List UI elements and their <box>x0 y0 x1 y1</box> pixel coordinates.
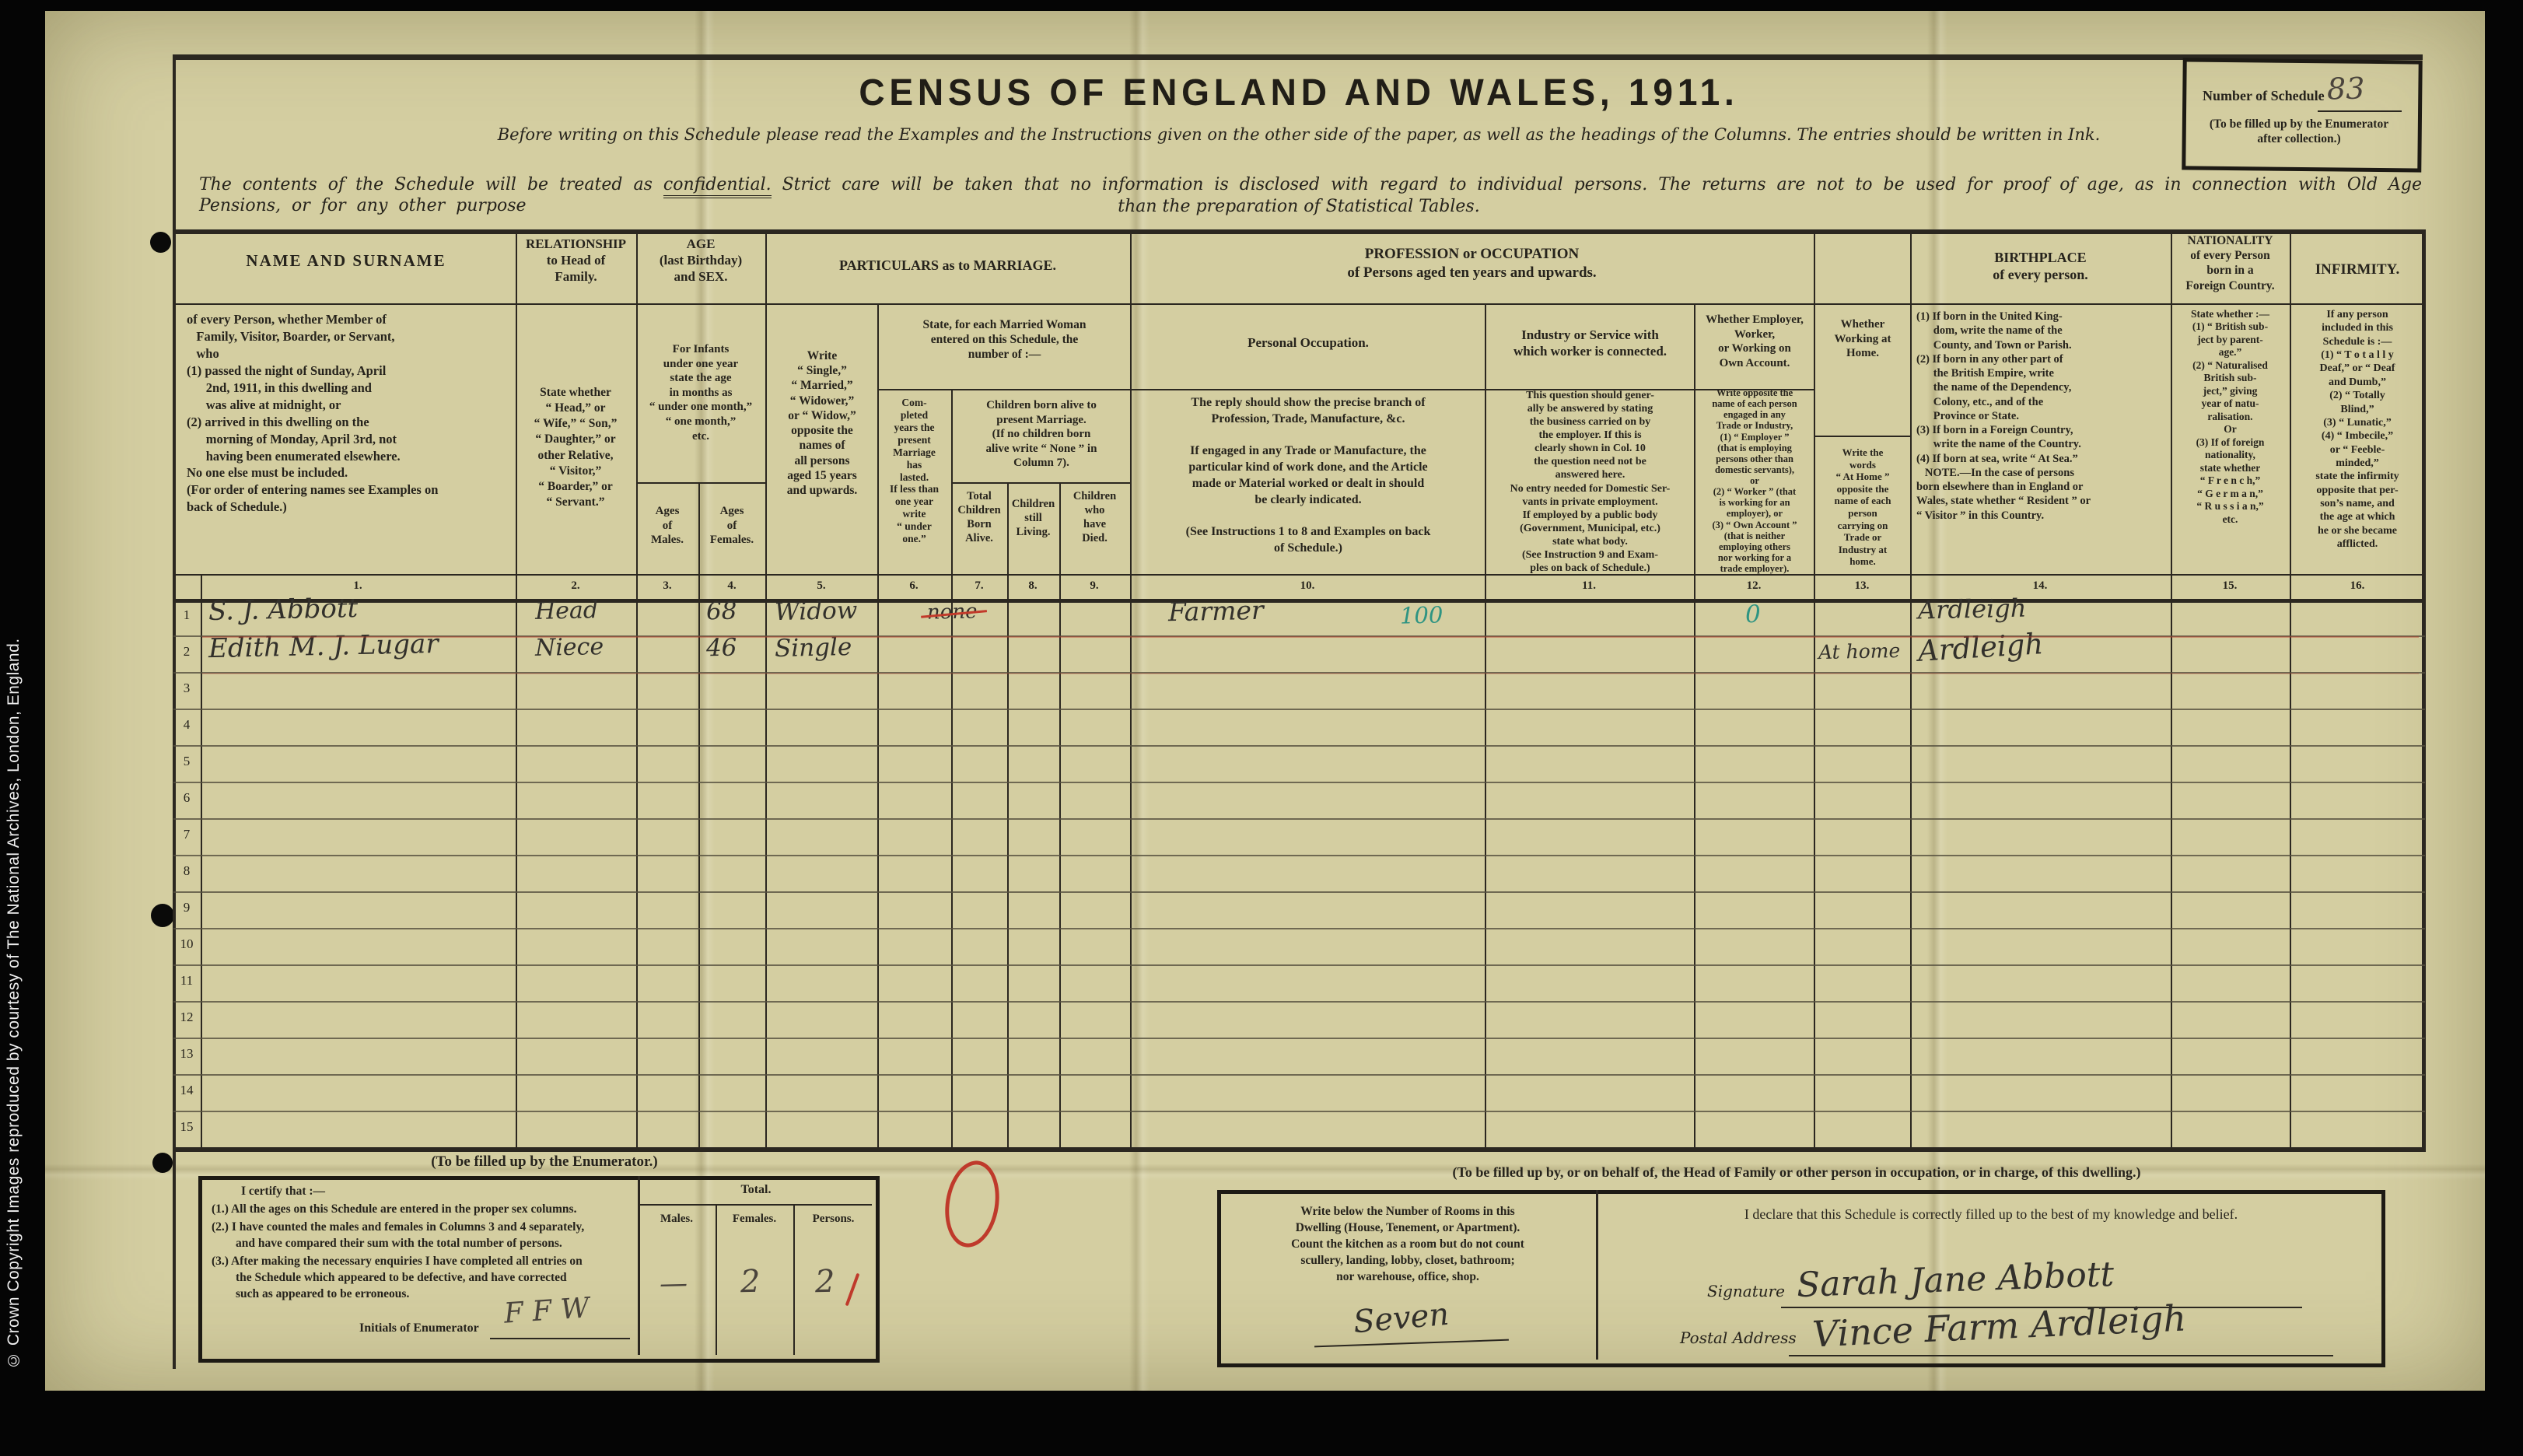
col10-subheader: Personal Occupation. <box>1133 334 1483 351</box>
col13-header: Whether Working at Home. <box>1817 317 1909 361</box>
females-label: Females. <box>717 1212 792 1227</box>
row-number: 5 <box>173 753 200 769</box>
schedule-number-line <box>2318 110 2402 112</box>
entry-birthplace: Ardleigh <box>1918 593 2027 625</box>
top-rule <box>173 54 2423 60</box>
confidential-line-2: than the preparation of Statistical Tabl… <box>521 196 2077 217</box>
confidential-word: confidential. <box>663 175 772 198</box>
column-number: 5. <box>790 579 852 593</box>
row-number: 3 <box>173 680 200 696</box>
fold-crease <box>1129 11 1150 1391</box>
col12-description: Write opposite the name of each person e… <box>1699 387 1811 574</box>
entry-occupation-code: 100 <box>1400 601 1443 628</box>
col14-description: (1) If born in the United King- dom, wri… <box>1916 310 2167 523</box>
col15-header: NATIONALITY of every Person born in a Fo… <box>2172 233 2288 293</box>
table-row-line <box>173 745 2425 747</box>
table-header-line <box>951 482 1130 484</box>
certify-intro: I certify that :— <box>241 1184 614 1199</box>
table-header-line <box>636 482 765 484</box>
row-number: 4 <box>173 716 200 733</box>
col3-4-description: For Infants under one year state the age… <box>639 342 762 443</box>
column-number: 7. <box>948 579 1010 593</box>
column-number: 13. <box>1831 579 1893 593</box>
column-number: 16. <box>2326 579 2388 593</box>
table-row-line <box>173 891 2425 893</box>
column-number: 6. <box>883 579 945 593</box>
fold-crease <box>1927 11 1947 1391</box>
row-number: 7 <box>173 826 200 842</box>
col8-description: Children still Living. <box>1009 498 1058 540</box>
table-column-line <box>1694 303 1695 1147</box>
col9-description: Children who have Died. <box>1061 490 1129 546</box>
table-header-line <box>877 389 1130 390</box>
row-number: 15 <box>173 1118 200 1135</box>
table-row-line <box>173 1074 2425 1076</box>
table-row-line <box>173 1001 2425 1003</box>
table-column-line <box>201 574 202 1147</box>
initials-value: F F W <box>503 1292 590 1330</box>
table-column-line <box>2171 229 2172 1147</box>
schedule-number-note: (To be filled up by the Enumerator after… <box>2190 117 2408 146</box>
col15-description: State whether :— (1) “ British sub- ject… <box>2174 308 2287 526</box>
postal-address-line <box>1789 1355 2333 1356</box>
row-number: 13 <box>173 1045 200 1062</box>
table-row-line <box>173 855 2425 856</box>
table-header-line <box>1130 389 1814 390</box>
col2-header: RELATIONSHIP to Head of Family. <box>517 236 635 285</box>
entry-children-born: none <box>927 600 978 624</box>
col4-subheader: Ages of Females. <box>700 504 764 548</box>
table-header-line <box>173 574 2425 576</box>
males-total: — <box>660 1268 688 1300</box>
schedule-number-value: 83 <box>2327 71 2365 106</box>
column-number: 12. <box>1723 579 1785 593</box>
table-header-line <box>173 303 2425 305</box>
enumerator-red-underline <box>202 636 2419 638</box>
householder-divider <box>1596 1190 1598 1360</box>
col3-subheader: Ages of Males. <box>638 504 697 548</box>
males-label: Males. <box>639 1212 714 1227</box>
table-row-line <box>173 964 2425 966</box>
form-instruction: Before writing on this Schedule please r… <box>327 124 2271 145</box>
table-top-rule <box>173 229 2425 234</box>
row-number: 14 <box>173 1082 200 1098</box>
table-header-line <box>1814 436 1910 437</box>
declaration-text: I declare that this Schedule is correctl… <box>1610 1206 2372 1223</box>
table-row-line <box>173 928 2425 929</box>
row-number: 1 <box>173 607 200 623</box>
column-number: 9. <box>1063 579 1125 593</box>
table-column-line <box>877 303 879 1147</box>
enumerator-red-underline <box>202 673 2419 674</box>
entry-age-female: 46 <box>706 634 737 663</box>
row-number: 10 <box>173 936 200 952</box>
entry-working-at-home: At home <box>1818 639 1901 663</box>
census-schedule-photo: © Crown Copyright Images reproduced by c… <box>0 0 2523 1456</box>
col3-4-header: AGE (last Birthday) and SEX. <box>638 236 764 285</box>
table-column-line <box>1910 229 1912 1147</box>
table-column-line <box>698 482 700 1147</box>
table-column-line <box>1485 303 1486 1147</box>
col14-header: BIRTHPLACE of every person. <box>1912 249 2169 284</box>
certify-item-2: (2.) I have counted the males and female… <box>212 1220 632 1252</box>
table-row-line <box>173 782 2425 783</box>
row-number: 12 <box>173 1009 200 1025</box>
table-column-line <box>636 229 638 1147</box>
enumerator-section-heading: (To be filled up by the Enumerator.) <box>296 1153 793 1171</box>
householder-section-heading: (To be filled up by, or on behalf of, th… <box>1213 1164 2380 1181</box>
row-number: 8 <box>173 863 200 879</box>
total-label: Total. <box>640 1182 872 1198</box>
table-column-line <box>1130 229 1132 1147</box>
col7-9-band: Children born alive to present Marriage.… <box>954 398 1129 471</box>
schedule-number-box <box>2182 58 2422 172</box>
column-number: 8. <box>1002 579 1064 593</box>
column-number: 11. <box>1558 579 1620 593</box>
col7-description: Total Children Born Alive. <box>953 490 1006 546</box>
col16-description: If any person included in this Schedule … <box>2293 308 2422 551</box>
col2-description: State whether “ Head,” or “ Wife,” “ Son… <box>518 385 633 510</box>
column-number: 1. <box>327 579 389 593</box>
entry-name: S. J. Abbott <box>208 593 359 627</box>
column-number: 3. <box>636 579 698 593</box>
col1-description: of every Person, whether Member of Famil… <box>187 311 512 516</box>
column-number: 14. <box>2009 579 2071 593</box>
column-number: 4. <box>701 579 763 593</box>
persons-label: Persons. <box>795 1212 872 1227</box>
column-number: 15. <box>2199 579 2261 593</box>
table-column-line <box>951 389 953 1147</box>
col6-9-band: State, for each Married Woman entered on… <box>880 317 1129 362</box>
row-number: 6 <box>173 789 200 806</box>
left-border <box>173 54 176 1369</box>
col10-description: The reply should show the precise branch… <box>1141 395 1475 557</box>
col11-description: This question should gener- ally be answ… <box>1491 389 1689 575</box>
row-number: 11 <box>173 972 200 989</box>
table-column-line <box>1814 229 1815 1147</box>
entry-age-female: 68 <box>706 597 737 626</box>
table-row-line <box>173 818 2425 820</box>
copyright-text: © Crown Copyright Images reproduced by c… <box>5 93 23 1369</box>
column-number: 10. <box>1276 579 1338 593</box>
table-row-line <box>173 1111 2425 1112</box>
col5-9-header: PARTICULARS as to MARRIAGE. <box>767 257 1129 274</box>
form-title: CENSUS OF ENGLAND AND WALES, 1911. <box>552 72 2045 114</box>
certify-item-1: (1.) All the ages on this Schedule are e… <box>212 1202 632 1218</box>
total-table-line <box>638 1176 640 1355</box>
table-row-line <box>173 1038 2425 1039</box>
total-table-line <box>793 1204 795 1355</box>
entry-name: Edith M. J. Lugar <box>208 628 439 664</box>
females-total: 2 <box>740 1264 761 1300</box>
col5-description: Write “ Single,” “ Married,” “ Widower,”… <box>768 348 876 498</box>
col6-description: Com- pleted years the present Marriage h… <box>879 397 950 545</box>
table-column-line <box>516 229 517 1147</box>
col12-subheader: Whether Employer, Worker, or Working on … <box>1697 313 1812 370</box>
rooms-instruction: Write below the Number of Rooms in this … <box>1233 1204 1583 1286</box>
col11-subheader: Industry or Service with which worker is… <box>1488 327 1692 359</box>
total-table-line <box>716 1204 717 1355</box>
table-column-line <box>2290 229 2291 1147</box>
table-bottom-rule <box>173 1147 2425 1152</box>
entry-relationship: Head <box>535 597 599 625</box>
persons-total: 2 <box>815 1264 835 1300</box>
punch-hole <box>150 232 171 253</box>
children-born-value: none <box>927 600 978 624</box>
col10-12-header: PROFESSION or OCCUPATION of Persons aged… <box>1132 245 1812 282</box>
entry-occupation: Farmer <box>1168 595 1264 628</box>
entry-marriage: Widow <box>775 597 858 626</box>
initials-line <box>490 1338 630 1339</box>
table-column-line <box>765 229 767 1147</box>
table-right-border <box>2422 229 2426 1152</box>
table-row-line <box>173 709 2425 710</box>
row-number: 9 <box>173 899 200 915</box>
col13-description: Write the words “ At Home ” opposite the… <box>1817 446 1909 568</box>
row-number: 2 <box>173 643 200 660</box>
col1-header: NAME AND SURNAME <box>187 250 506 271</box>
col16-header: INFIRMITY. <box>2291 261 2423 279</box>
column-number: 2. <box>544 579 607 593</box>
punch-hole <box>152 1153 173 1173</box>
punch-hole <box>151 904 174 927</box>
entry-own-account-mark: 0 <box>1745 600 1761 628</box>
table-number-rule <box>173 599 2425 603</box>
total-table-line <box>638 1204 872 1206</box>
